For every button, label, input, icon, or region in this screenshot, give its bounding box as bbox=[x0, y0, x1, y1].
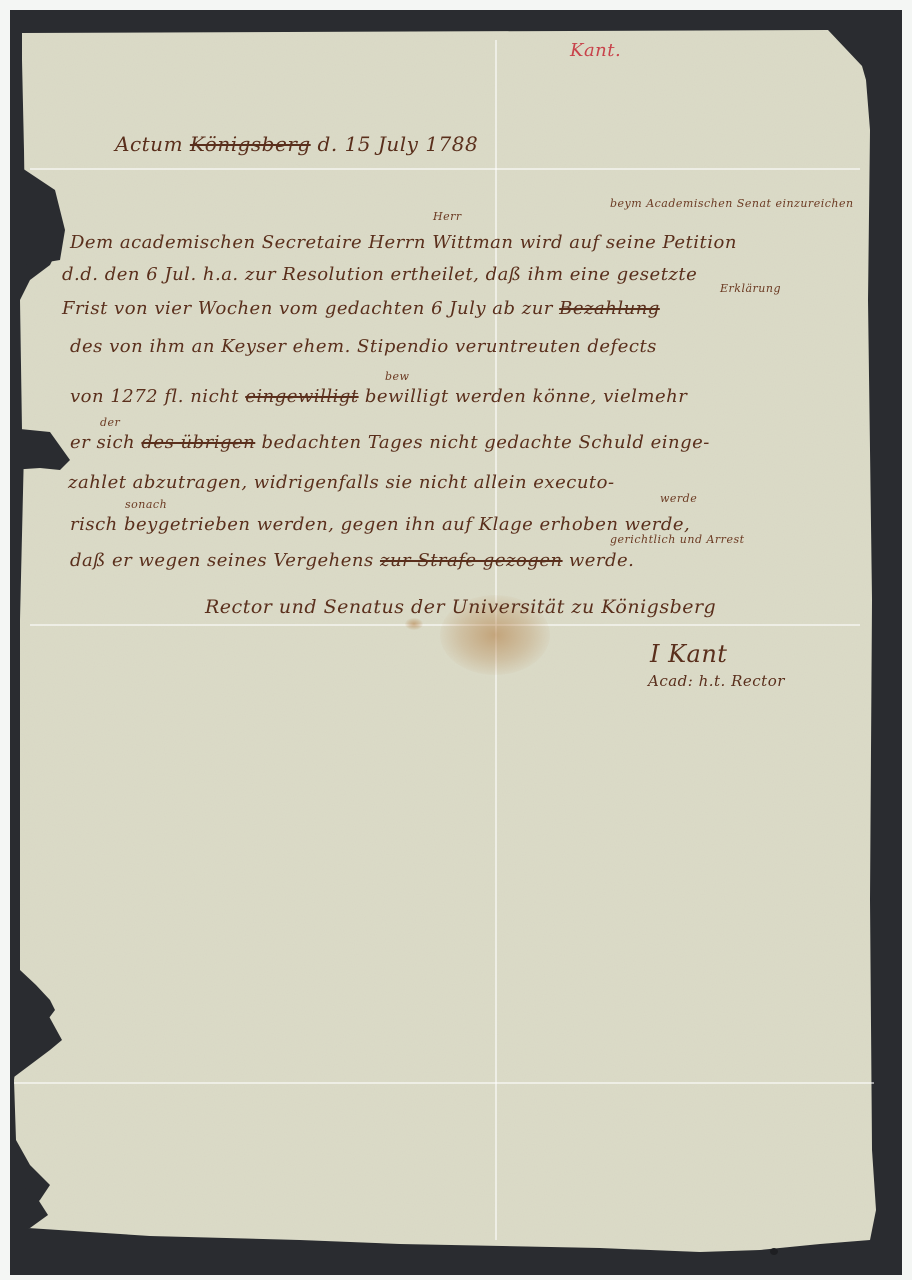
signature-title: Acad: h.t. Rector bbox=[648, 672, 785, 690]
insertion-bew: bew bbox=[385, 370, 409, 383]
fold-line-upper bbox=[30, 168, 860, 170]
body-line-1: Dem academischen Secretaire Herrn Wittma… bbox=[70, 232, 737, 253]
insertion-gerichtlich: gerichtlich und Arrest bbox=[610, 533, 745, 546]
insertion-erklaerung: Erklärung bbox=[720, 282, 781, 295]
heading-line: Actum Königsberg d. 15 July 1788 bbox=[115, 132, 478, 156]
body-line-9: daß er wegen seines Vergehens zur Strafe… bbox=[70, 550, 634, 571]
insertion-werde: werde bbox=[660, 492, 697, 505]
body-line-2: d.d. den 6 Jul. h.a. zur Resolution erth… bbox=[62, 264, 697, 285]
closing-line: Rector und Senatus der Universität zu Kö… bbox=[205, 596, 716, 618]
stain-small bbox=[405, 618, 423, 630]
body-line-7: zahlet abzutragen, widrigenfalls sie nic… bbox=[68, 472, 615, 493]
ink-spot bbox=[770, 1248, 778, 1255]
body-line-3: Frist von vier Wochen vom gedachten 6 Ju… bbox=[62, 298, 660, 319]
insertion-der: der bbox=[100, 416, 120, 429]
signature-name: I Kant bbox=[650, 640, 727, 668]
red-annotation: Kant. bbox=[570, 40, 621, 61]
insertion-herr: Herr bbox=[433, 210, 462, 223]
body-line-5: von 1272 fl. nicht eingewilligt bewillig… bbox=[70, 386, 687, 407]
insertion-sonach: sonach bbox=[125, 498, 167, 511]
body-line-4: des von ihm an Keyser ehem. Stipendio ve… bbox=[70, 336, 657, 357]
fold-line-lower bbox=[14, 1082, 874, 1084]
heading-date: d. 15 July 1788 bbox=[318, 132, 479, 156]
heading-actum: Actum bbox=[115, 132, 183, 156]
body-line-8: risch beygetrieben werden, gegen ihn auf… bbox=[70, 514, 690, 535]
heading-struck: Königsberg bbox=[190, 132, 311, 156]
body-line-6: er sich des übrigen bedachten Tages nich… bbox=[70, 432, 710, 453]
insertion-senate: beym Academischen Senat einzureichen bbox=[610, 197, 854, 210]
